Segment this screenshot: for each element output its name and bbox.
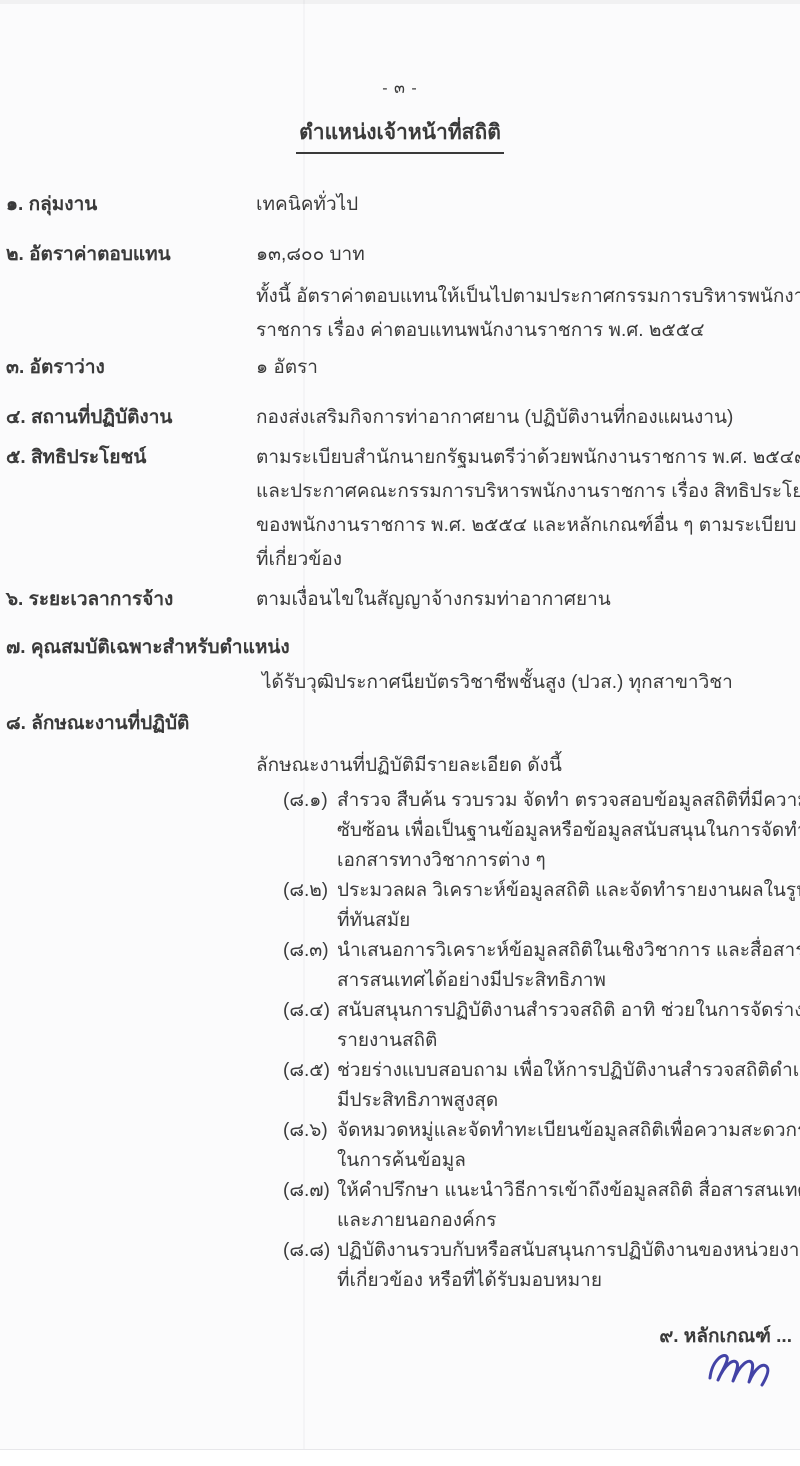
field-value-vacancy: ๑ อัตรา — [256, 351, 318, 385]
job-description-intro: ลักษณะงานที่ปฏิบัติมีรายละเอียด ดังนี้ — [256, 749, 562, 783]
scan-background — [0, 1450, 800, 1466]
field-label-compensation: ๒. อัตราค่าตอบแทน — [6, 238, 171, 272]
page-number: - ๓ - — [0, 72, 800, 106]
field-label-job-description: ๘. ลักษณะงานที่ปฏิบัติ — [6, 707, 189, 741]
field-label-benefits: ๕. สิทธิประโยชน์ — [6, 441, 146, 475]
duty-line: ในการค้นข้อมูล — [337, 1144, 466, 1178]
duty-item-number: (๘.๘) — [283, 1234, 330, 1268]
duty-line: ที่เกี่ยวข้อง หรือที่ได้รับมอบหมาย — [337, 1264, 602, 1298]
duty-line: ซับซ้อน เพื่อเป็นฐานข้อมูลหรือข้อมูลสนับ… — [337, 814, 800, 848]
benefits-line: ที่เกี่ยวข้อง — [256, 543, 342, 577]
page-title: ตำแหน่งเจ้าหน้าที่สถิติ — [296, 116, 504, 154]
duty-item-number: (๘.๕) — [283, 1054, 330, 1088]
duty-item-number: (๘.๔) — [283, 994, 330, 1028]
duty-item-number: (๘.๒) — [283, 874, 328, 908]
field-label-employment-period: ๖. ระยะเวลาการจ้าง — [6, 583, 173, 617]
duty-line: ช่วยร่างแบบสอบถาม เพื่อให้การปฏิบัติงานส… — [337, 1054, 800, 1088]
duty-line: สนับสนุนการปฏิบัติงานสำรวจสถิติ อาทิ ช่ว… — [337, 994, 800, 1028]
field-label-vacancy: ๓. อัตราว่าง — [6, 351, 105, 385]
benefits-line: ของพนักงานราชการ พ.ศ. ๒๕๕๔ และหลักเกณฑ์อ… — [256, 509, 796, 543]
field-value-compensation: ๑๓,๘๐๐ บาท — [256, 238, 365, 272]
field-label-workplace: ๔. สถานที่ปฏิบัติงาน — [6, 401, 172, 435]
compensation-note-line: ทั้งนี้ อัตราค่าตอบแทนให้เป็นไปตามประกาศ… — [256, 280, 800, 314]
duty-line: และภายนอกองค์กร — [337, 1204, 496, 1238]
duty-line: ให้คำปรึกษา แนะนำวิธีการเข้าถึงข้อมูลสถิ… — [337, 1174, 800, 1208]
benefits-line: ตามระเบียบสำนักนายกรัฐมนตรีว่าด้วยพนักงา… — [256, 441, 800, 475]
field-value-work-group: เทคนิคทั่วไป — [256, 188, 358, 222]
duty-line: ที่ทันสมัย — [337, 904, 410, 938]
duty-item-number: (๘.๓) — [283, 934, 329, 968]
duty-line: จัดหมวดหมู่และจัดทำทะเบียนข้อมูลสถิติเพื… — [337, 1114, 800, 1148]
field-label-qualifications: ๗. คุณสมบัติเฉพาะสำหรับตำแหน่ง — [6, 631, 290, 665]
duty-line: สารสนเทศได้อย่างมีประสิทธิภาพ — [337, 964, 606, 998]
duty-line: สำรวจ สืบค้น รวบรวม จัดทำ ตรวจสอบข้อมูลส… — [337, 784, 800, 818]
scanned-document-page: - ๓ - ตำแหน่งเจ้าหน้าที่สถิติ ๑. กลุ่มงา… — [0, 0, 800, 1466]
compensation-note-line: ราชการ เรื่อง ค่าตอบแทนพนักงานราชการ พ.ศ… — [256, 314, 705, 348]
handwritten-initials-signature — [700, 1342, 784, 1394]
document-title-row: ตำแหน่งเจ้าหน้าที่สถิติ — [0, 116, 800, 154]
field-label-work-group: ๑. กลุ่มงาน — [6, 188, 97, 222]
field-value-workplace: กองส่งเสริมกิจการท่าอากาศยาน (ปฏิบัติงาน… — [256, 401, 733, 435]
field-value-employment-period: ตามเงื่อนไขในสัญญาจ้างกรมท่าอากาศยาน — [256, 583, 611, 617]
duty-line: มีประสิทธิภาพสูงสุด — [337, 1084, 498, 1118]
duty-line: ประมวลผล วิเคราะห์ข้อมูลสถิติ และจัดทำรา… — [337, 874, 800, 908]
duty-item-number: (๘.๗) — [283, 1174, 330, 1208]
duty-line: เอกสารทางวิชาการต่าง ๆ — [337, 844, 546, 878]
field-value-qualifications: ได้รับวุฒิประกาศนียบัตรวิชาชีพชั้นสูง (ป… — [262, 666, 733, 700]
duty-item-number: (๘.๖) — [283, 1114, 328, 1148]
duty-item-number: (๘.๑) — [283, 784, 328, 818]
duty-line: นำเสนอการวิเคราะห์ข้อมูลสถิติในเชิงวิชาก… — [337, 934, 800, 968]
duty-line: รายงานสถิติ — [337, 1024, 437, 1058]
duty-line: ปฏิบัติงานรวบกับหรือสนับสนุนการปฏิบัติงา… — [337, 1234, 800, 1268]
benefits-line: และประกาศคณะกรรมการบริหารพนักงานราชการ เ… — [256, 475, 800, 509]
